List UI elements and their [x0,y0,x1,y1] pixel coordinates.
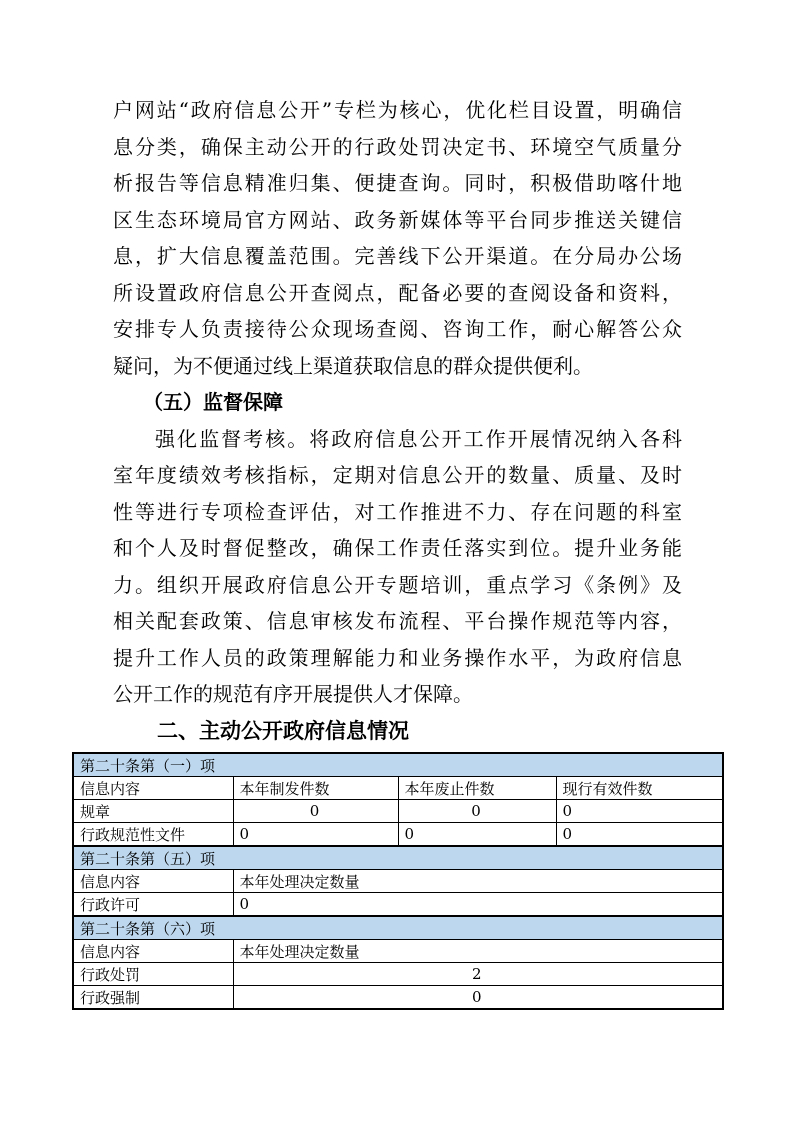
row-label: 行政强制 [73,986,233,1010]
table-section-row: 第二十条第（五）项 [73,846,723,870]
paragraph-1-line: 析报告等信息精准归集、便捷查询。同时，积极借助喀什地 [113,165,682,202]
paragraph-2-line: 性等进行专项检查评估，对工作推进不力、存在问题的科室 [113,494,682,531]
paragraph-2-line: 室年度绩效考核指标，定期对信息公开的数量、质量、及时 [113,457,682,494]
cell-value: 2 [233,963,723,986]
column-header: 本年废止件数 [398,777,556,800]
column-header: 现行有效件数 [556,777,723,800]
row-label: 行政许可 [73,893,233,917]
table-row: 规章 0 0 0 [73,800,723,823]
table-section-title: 第二十条第（六）项 [73,916,723,940]
cell-value: 0 [233,893,723,917]
table-section-title: 第二十条第（一）项 [73,753,723,777]
column-header: 本年处理决定数量 [233,940,723,963]
table-row: 行政强制 0 [73,986,723,1010]
paragraph-2-line: 公开工作的规范有序开展提供人才保障。 [113,676,682,713]
paragraph-1-line: 区生态环境局官方网站、政务新媒体等平台同步推送关键信 [113,202,682,239]
paragraph-1-line: 安排专人负责接待公众现场查阅、咨询工作，耐心解答公众 [113,311,682,348]
document-page: 户网站“政府信息公开”专栏为核心，优化栏目设置，明确信 息分类，确保主动公开的行… [0,0,793,1122]
table-article20-item5: 第二十条第（五）项 信息内容 本年处理决定数量 行政许可 0 [72,845,724,917]
cell-value: 0 [233,986,723,1010]
paragraph-2-line: 强化监督考核。将政府信息公开工作开展情况纳入各科 [113,421,682,458]
cell-value: 0 [233,800,398,823]
column-header: 信息内容 [73,870,233,893]
paragraph-1-line: 户网站“政府信息公开”专栏为核心，优化栏目设置，明确信 [113,92,682,129]
table-article20-item6: 第二十条第（六）项 信息内容 本年处理决定数量 行政处罚 2 行政强制 0 [72,915,724,1010]
cell-value: 0 [233,823,398,847]
row-label: 行政规范性文件 [73,823,233,847]
subheading-item5: （五）监督保障 [113,384,682,421]
paragraph-2-line: 提升工作人员的政策理解能力和业务操作水平，为政府信息 [113,640,682,677]
cell-value: 0 [398,800,556,823]
table-section-row: 第二十条第（六）项 [73,916,723,940]
table-header-row: 信息内容 本年制发件数 本年废止件数 现行有效件数 [73,777,723,800]
body-text: 户网站“政府信息公开”专栏为核心，优化栏目设置，明确信 息分类，确保主动公开的行… [113,92,682,749]
paragraph-1-line: 息分类，确保主动公开的行政处罚决定书、环境空气质量分 [113,129,682,166]
paragraph-1-line: 所设置政府信息公开查阅点，配备必要的查阅设备和资料， [113,275,682,312]
table-section-row: 第二十条第（一）项 [73,753,723,777]
table-header-row: 信息内容 本年处理决定数量 [73,870,723,893]
cell-value: 0 [556,800,723,823]
table-header-row: 信息内容 本年处理决定数量 [73,940,723,963]
row-label: 规章 [73,800,233,823]
section-heading: 二、主动公开政府信息情况 [113,713,682,750]
column-header: 本年制发件数 [233,777,398,800]
cell-value: 0 [556,823,723,847]
cell-value: 0 [398,823,556,847]
table-row: 行政规范性文件 0 0 0 [73,823,723,847]
paragraph-2-line: 力。组织开展政府信息公开专题培训，重点学习《条例》及 [113,567,682,604]
table-article20-item1: 第二十条第（一）项 信息内容 本年制发件数 本年废止件数 现行有效件数 规章 0… [72,752,724,847]
column-header: 信息内容 [73,777,233,800]
table-section-title: 第二十条第（五）项 [73,846,723,870]
column-header: 信息内容 [73,940,233,963]
row-label: 行政处罚 [73,963,233,986]
table-row: 行政处罚 2 [73,963,723,986]
paragraph-2-line: 和个人及时督促整改，确保工作责任落实到位。提升业务能 [113,530,682,567]
paragraph-2-line: 相关配套政策、信息审核发布流程、平台操作规范等内容， [113,603,682,640]
table-row: 行政许可 0 [73,893,723,917]
column-header: 本年处理决定数量 [233,870,723,893]
disclosure-tables: 第二十条第（一）项 信息内容 本年制发件数 本年废止件数 现行有效件数 规章 0… [72,752,722,1010]
paragraph-1-line: 息，扩大信息覆盖范围。完善线下公开渠道。在分局办公场 [113,238,682,275]
paragraph-1-line: 疑问，为不便通过线上渠道获取信息的群众提供便利。 [113,348,682,385]
